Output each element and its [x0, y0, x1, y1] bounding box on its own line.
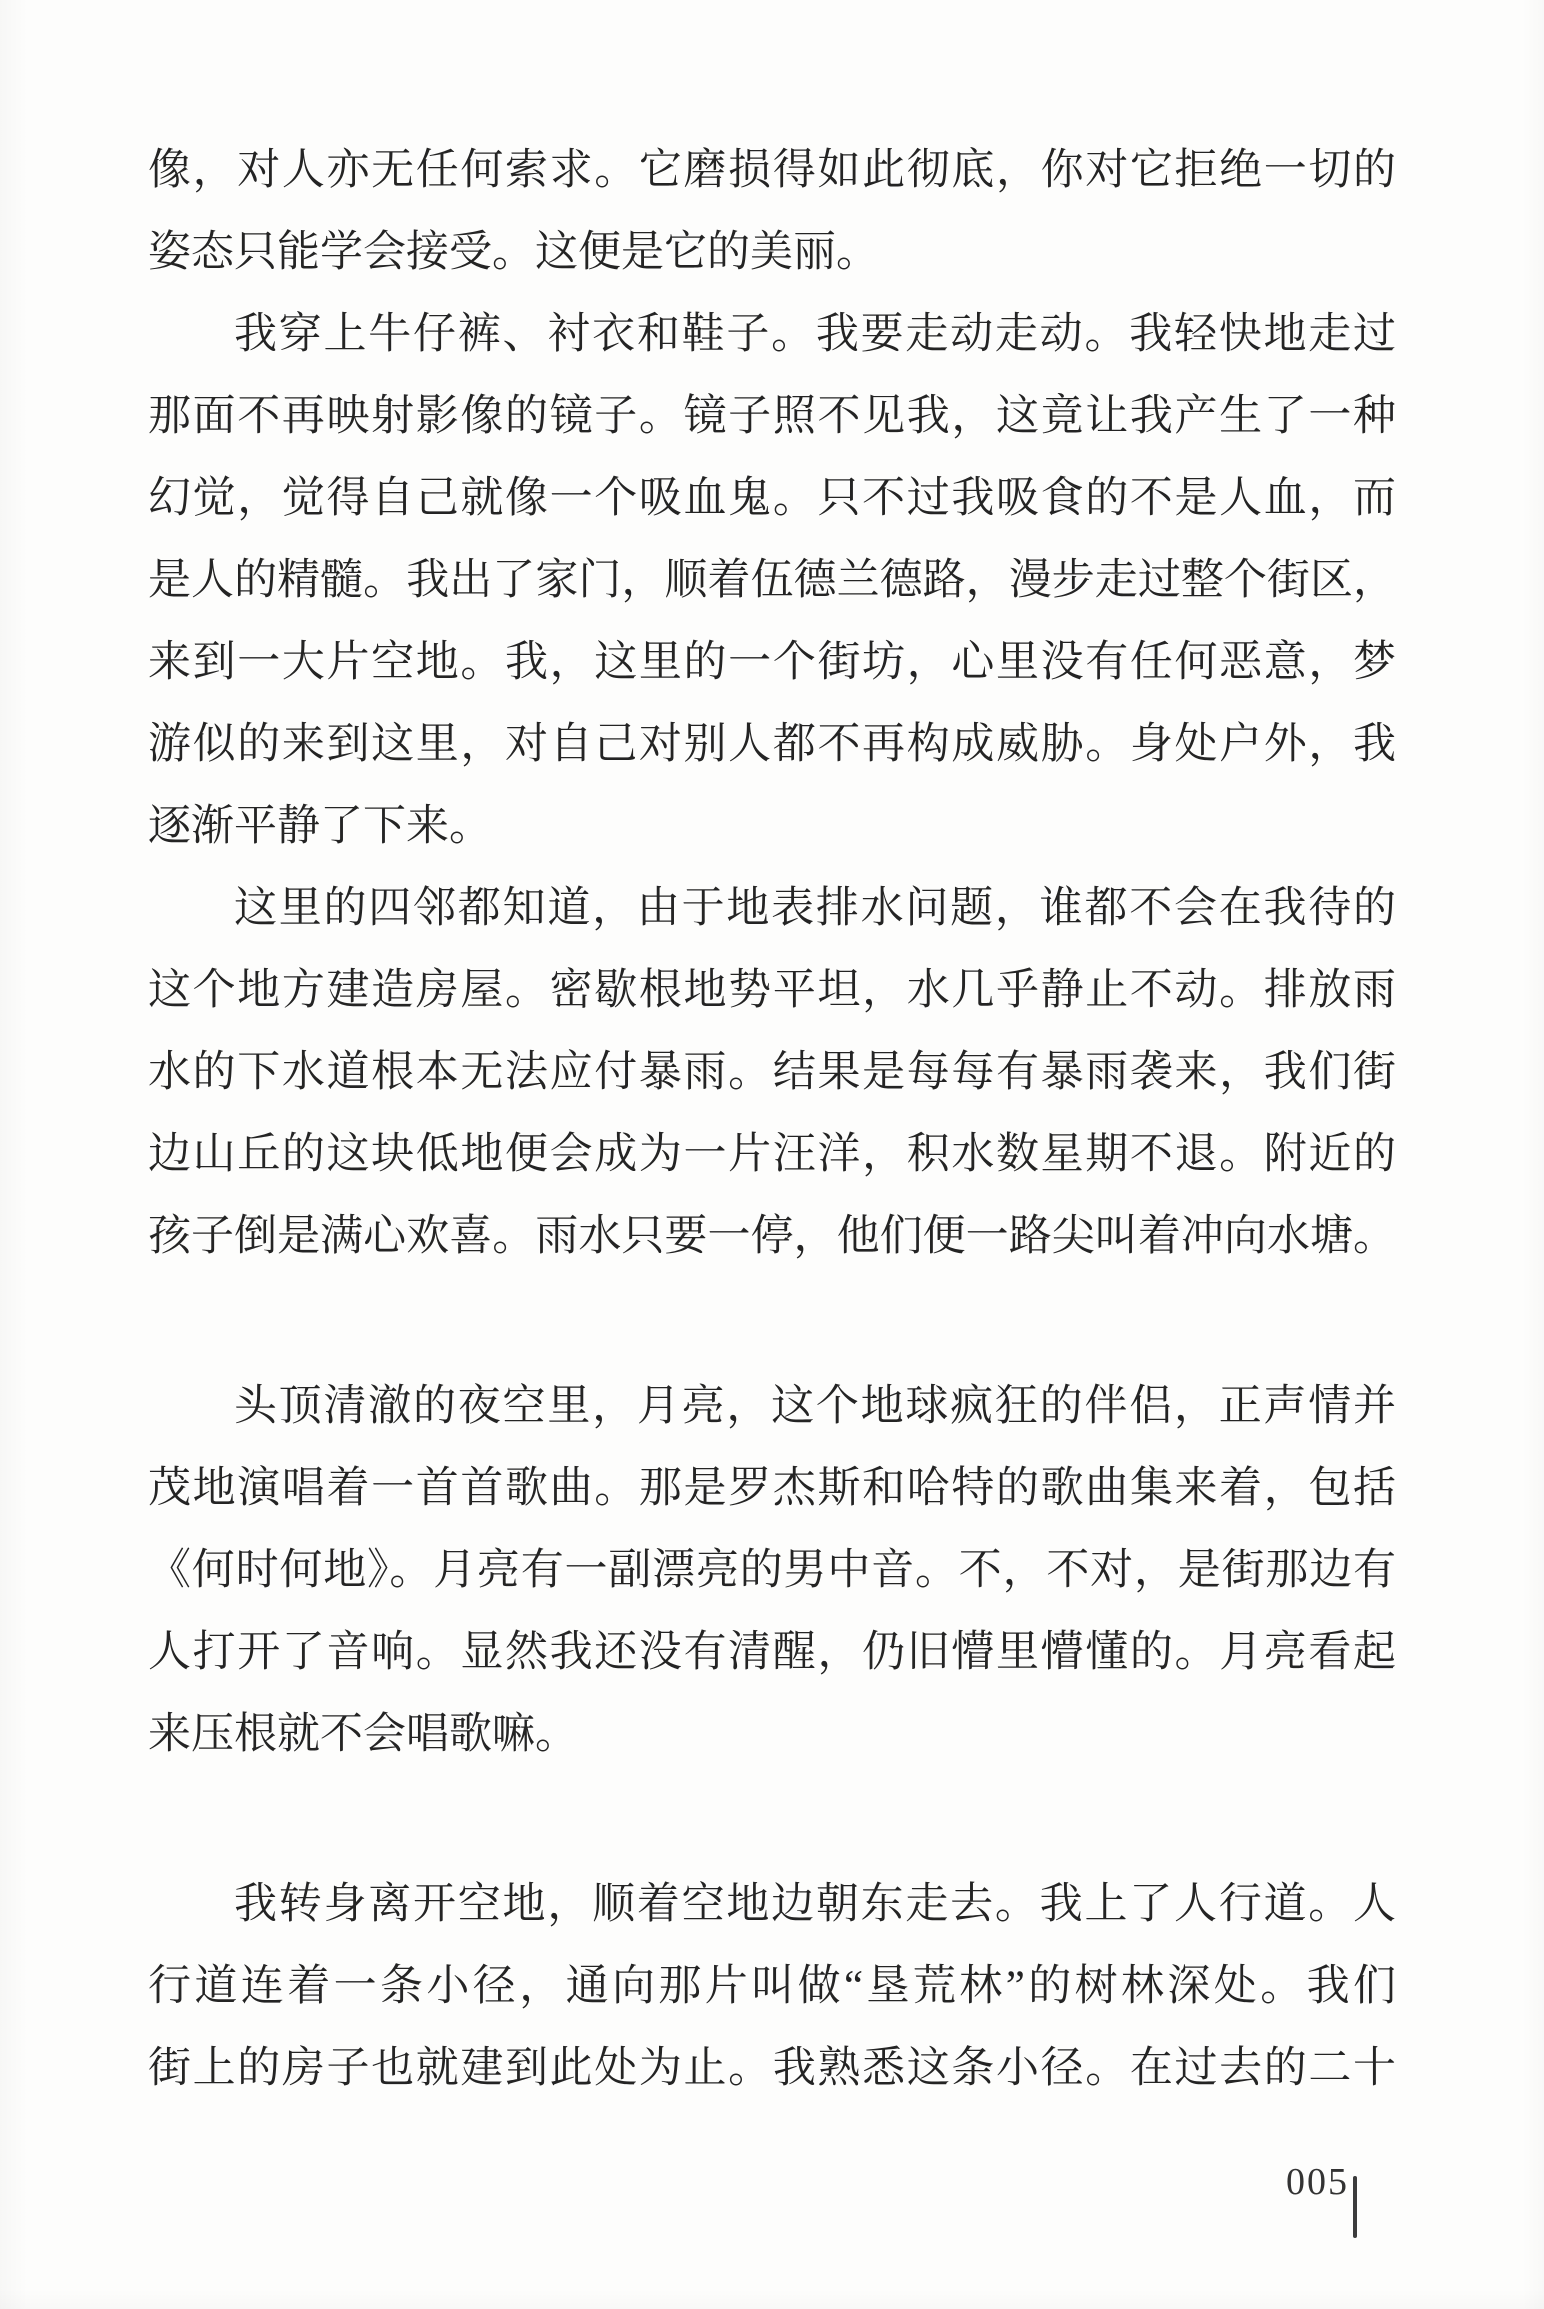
paragraph: 我穿上牛仔裤、衬衣和鞋子。我要走动走动。我轻快地走过那面不再映射影像的镜子。镜子… [148, 294, 1396, 868]
paragraph: 像，对人亦无任何索求。它磨损得如此彻底，你对它拒绝一切的姿态只能学会接受。这便是… [148, 130, 1396, 294]
text-line: 头顶清澈的夜空里，月亮，这个地球疯狂的伴侣，正声情并 [148, 1366, 1396, 1448]
text-line: 茂地演唱着一首首歌曲。那是罗杰斯和哈特的歌曲集来着，包括 [148, 1448, 1396, 1530]
text-line: 逐渐平静了下来。 [148, 786, 1396, 868]
text-line: 像，对人亦无任何索求。它磨损得如此彻底，你对它拒绝一切的 [148, 130, 1396, 212]
text-line: 这里的四邻都知道，由于地表排水问题，谁都不会在我待的 [148, 868, 1396, 950]
text-line: 街上的房子也就建到此处为止。我熟悉这条小径。在过去的二十 [148, 2028, 1396, 2110]
body-text: 像，对人亦无任何索求。它磨损得如此彻底，你对它拒绝一切的姿态只能学会接受。这便是… [148, 130, 1396, 2110]
paragraph: 这里的四邻都知道，由于地表排水问题，谁都不会在我待的这个地方建造房屋。密歇根地势… [148, 868, 1396, 1278]
text-line: 这个地方建造房屋。密歇根地势平坦，水几乎静止不动。排放雨 [148, 950, 1396, 1032]
page-number: 005 [1286, 2160, 1349, 2204]
text-line: 边山丘的这块低地便会成为一片汪洋，积水数星期不退。附近的 [148, 1114, 1396, 1196]
text-line: 水的下水道根本无法应付暴雨。结果是每每有暴雨袭来，我们街 [148, 1032, 1396, 1114]
text-line: 行道连着一条小径，通向那片叫做“垦荒林”的树林深处。我们 [148, 1946, 1396, 2028]
text-line: 我穿上牛仔裤、衬衣和鞋子。我要走动走动。我轻快地走过 [148, 294, 1396, 376]
text-line: 游似的来到这里，对自己对别人都不再构成威胁。身处户外，我 [148, 704, 1396, 786]
text-line: 孩子倒是满心欢喜。雨水只要一停，他们便一路尖叫着冲向水塘。 [148, 1196, 1396, 1278]
paragraph: 我转身离开空地，顺着空地边朝东走去。我上了人行道。人行道连着一条小径，通向那片叫… [148, 1864, 1396, 2110]
text-line: 人打开了音响。显然我还没有清醒，仍旧懵里懵懂的。月亮看起 [148, 1612, 1396, 1694]
text-line: 姿态只能学会接受。这便是它的美丽。 [148, 212, 1396, 294]
book-page: 像，对人亦无任何索求。它磨损得如此彻底，你对它拒绝一切的姿态只能学会接受。这便是… [0, 0, 1544, 2309]
text-line: 那面不再映射影像的镜子。镜子照不见我，这竟让我产生了一种 [148, 376, 1396, 458]
text-line: 是人的精髓。我出了家门，顺着伍德兰德路，漫步走过整个街区， [148, 540, 1396, 622]
text-line: 我转身离开空地，顺着空地边朝东走去。我上了人行道。人 [148, 1864, 1396, 1946]
text-line: 来压根就不会唱歌嘛。 [148, 1694, 1396, 1776]
text-line: 《何时何地》。月亮有一副漂亮的男中音。不，不对，是街那边有 [148, 1530, 1396, 1612]
text-line: 幻觉，觉得自己就像一个吸血鬼。只不过我吸食的不是人血，而 [148, 458, 1396, 540]
text-line: 来到一大片空地。我，这里的一个街坊，心里没有任何恶意，梦 [148, 622, 1396, 704]
paragraph: 头顶清澈的夜空里，月亮，这个地球疯狂的伴侣，正声情并茂地演唱着一首首歌曲。那是罗… [148, 1366, 1396, 1776]
page-number-rule [1353, 2176, 1357, 2238]
